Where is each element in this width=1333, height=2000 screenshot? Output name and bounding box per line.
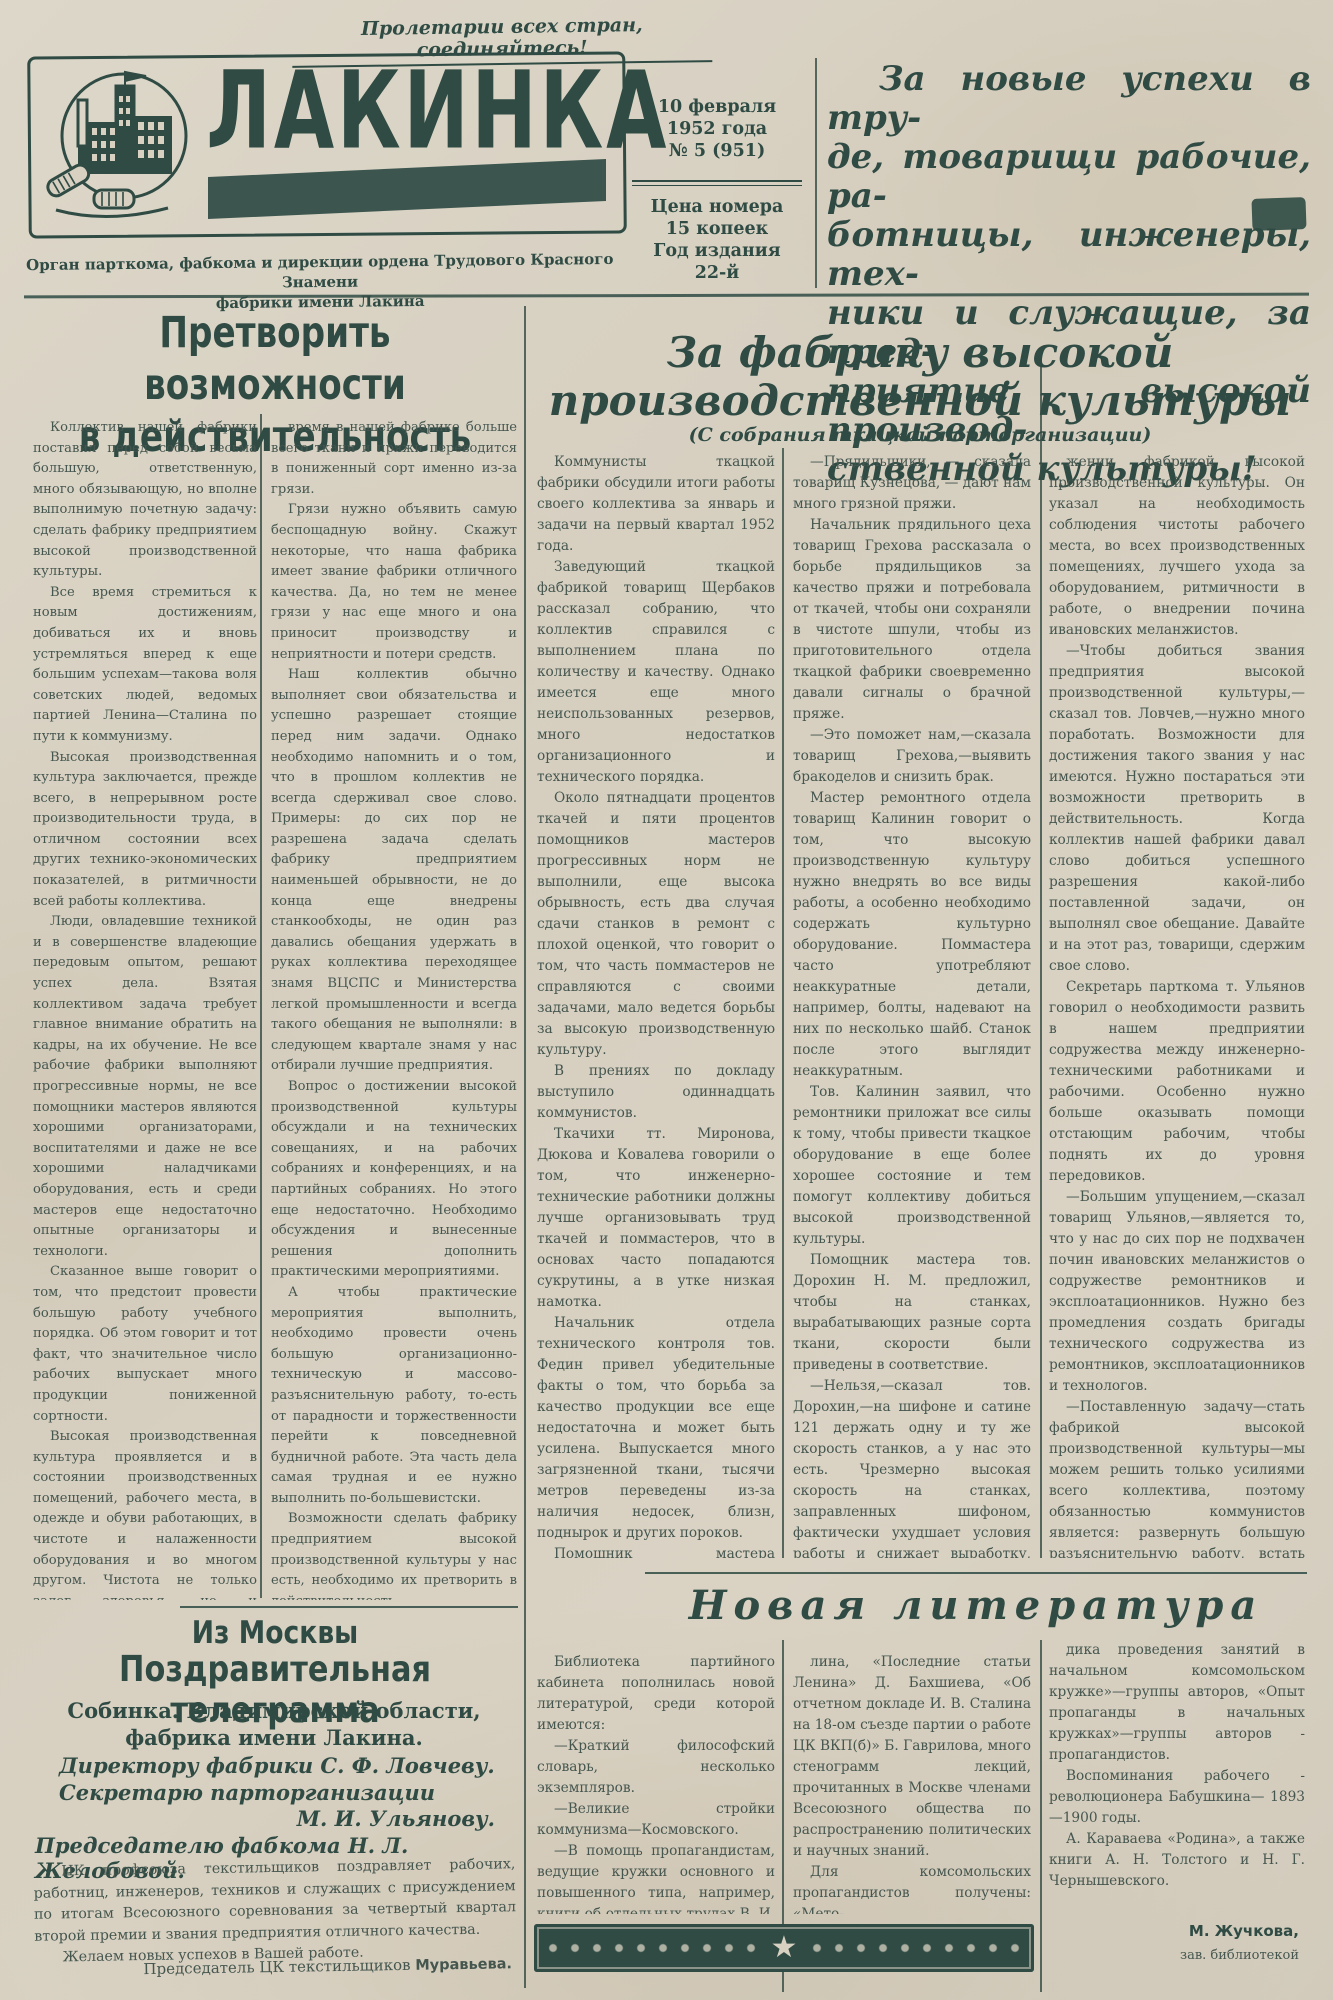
paragraph: Высокая производственная культура проявл… bbox=[33, 1427, 257, 1600]
paragraph: —Чтобы добиться звания предприятия высок… bbox=[1049, 641, 1305, 977]
section-rule-left bbox=[180, 1606, 518, 1608]
paragraph: время в нашей фабрике больше всего ткани… bbox=[271, 418, 517, 500]
issue-date-line1: 10 февраля bbox=[622, 96, 812, 118]
paragraph: —В помощь пропагандистам, ведущие кружки… bbox=[537, 1841, 775, 1914]
telegram-address-line2: фабрика имени Лакина. bbox=[33, 1725, 515, 1750]
meeting-column-1: Коммунисты ткацкой фабрики обсудили итог… bbox=[537, 452, 775, 1558]
paragraph: —Большим упущением,—сказал товарищ Ульян… bbox=[1049, 1187, 1305, 1397]
paragraph: Наш коллектив обычно выполняет свои обяз… bbox=[271, 665, 517, 1077]
star-icon: ★ bbox=[761, 1933, 808, 1963]
paragraph: Начальник отдела технического контроля т… bbox=[537, 1313, 775, 1544]
column-divider bbox=[260, 414, 262, 1598]
section-rule-right bbox=[645, 1572, 1307, 1574]
newspaper-page: Пролетарии всех стран, соединяйтесь! ЛАК… bbox=[0, 0, 1333, 2000]
paragraph: Коммунисты ткацкой фабрики обсудили итог… bbox=[537, 452, 775, 557]
literature-headline: Новая литература bbox=[645, 1582, 1307, 1629]
paragraph: Тов. Калинин заявил, что ремонтники прил… bbox=[793, 1082, 1031, 1250]
newspaper-title: ЛАКИНКА bbox=[206, 59, 597, 166]
paragraph: дика проведения занятий в начальном комс… bbox=[1049, 1640, 1305, 1766]
column-divider bbox=[1040, 356, 1042, 1558]
slogan-end-mark bbox=[1251, 197, 1306, 231]
paragraph: ЦК профсоюза текстильщиков поздравляет р… bbox=[33, 1854, 516, 1948]
paragraph: Около пятнадцати процентов ткачей и пяти… bbox=[537, 788, 775, 1061]
paragraph: А чтобы практические мероприятия выполни… bbox=[271, 1283, 517, 1510]
paragraph: Библиотека партийного кабинета пополнила… bbox=[537, 1652, 775, 1736]
paragraph: Ткачихи тт. Миронова, Дюкова и Ковалева … bbox=[537, 1124, 775, 1313]
issue-number: № 5 (951) bbox=[622, 140, 812, 162]
column-divider bbox=[524, 306, 526, 1988]
edition-value: 22-й bbox=[622, 262, 812, 284]
paragraph: лина, «Последние статьи Ленина» Д. Бахши… bbox=[793, 1652, 1031, 1862]
paragraph: Для комсомольских пропагандистов получен… bbox=[793, 1862, 1031, 1914]
paragraph: За новые успехи в тру- bbox=[827, 60, 1311, 138]
organ-line-1: Орган парткома, фабкома и дирекции орден… bbox=[20, 249, 620, 295]
paragraph: Вопрос о достижении высокой производстве… bbox=[271, 1077, 517, 1283]
paragraph: —Нельзя,—сказал тов. Дорохин,—на шифоне … bbox=[793, 1376, 1031, 1558]
paragraph: Мастер ремонтного отдела товарищ Калинин… bbox=[793, 788, 1031, 1082]
telegram-to-secretary-name: М. И. Ульянову. bbox=[33, 1806, 515, 1831]
meeting-headline-line2: производственной культуры bbox=[540, 376, 1300, 425]
column-divider bbox=[782, 448, 784, 1558]
paragraph: Помощник мастера приготовительного отдел… bbox=[537, 1544, 775, 1558]
decorative-ornament: ★ bbox=[534, 1924, 1034, 1972]
editorial-headline-line1: Претворить возможности bbox=[42, 308, 508, 412]
price-label: Цена номера bbox=[622, 196, 812, 218]
masthead-divider bbox=[815, 58, 817, 288]
paragraph: —Великие стройки коммунизма—Космовского. bbox=[537, 1799, 775, 1841]
telegram-address-line1: Собинка. Владимирской области, bbox=[33, 1698, 515, 1723]
meeting-subtitle: (С собрания ткацкой парторганизации) bbox=[540, 424, 1300, 446]
telegram-to-secretary: Секретарю парторганизации bbox=[33, 1780, 515, 1805]
paragraph: —Краткий философский словарь, несколько … bbox=[537, 1736, 775, 1799]
paragraph: —Прядильщики, — сказала товарищ Кузнецов… bbox=[793, 452, 1031, 515]
meeting-headline-line1: За фабрику высокой bbox=[540, 328, 1300, 377]
meeting-column-3: жении фабрикой высокой производственной … bbox=[1049, 452, 1305, 1558]
literature-column-2: лина, «Последние статьи Ленина» Д. Бахши… bbox=[793, 1652, 1031, 1914]
paragraph: Возможности сделать фабрику предприятием… bbox=[271, 1509, 517, 1600]
telegram-signature-name: Муравьева. bbox=[415, 1956, 512, 1974]
paragraph: В прениях по докладу выступило одиннадца… bbox=[537, 1061, 775, 1124]
paragraph: Высокая производственная культура заключ… bbox=[33, 748, 257, 913]
paragraph: де, товарищи рабочие, ра- bbox=[827, 138, 1311, 216]
paragraph: —Поставленную задачу—стать фабрикой высо… bbox=[1049, 1397, 1305, 1558]
paragraph: Грязи нужно объявить самую беспощадную в… bbox=[271, 500, 517, 665]
paragraph: ботницы, инженеры, тех- bbox=[827, 216, 1311, 294]
issue-separator bbox=[632, 180, 802, 186]
telegram-signature-title: Председатель ЦК текстильщиков bbox=[143, 1956, 410, 1978]
paragraph: Секретарь парткома т. Ульянов говорил о … bbox=[1049, 977, 1305, 1187]
edition-label: Год издания bbox=[622, 240, 812, 262]
paragraph: Коллектив нашей фабрики поставил перед с… bbox=[33, 418, 257, 583]
paragraph: Помощник мастера тов. Дорохин Н. М. пред… bbox=[793, 1250, 1031, 1376]
column-divider bbox=[1040, 1640, 1042, 1992]
paragraph: А. Караваева «Родина», а также книги А. … bbox=[1049, 1829, 1305, 1892]
editorial-column-1: Коллектив нашей фабрики поставил перед с… bbox=[33, 418, 257, 1600]
telegram-to-director: Директору фабрики С. Ф. Ловчеву. bbox=[33, 1753, 515, 1778]
paragraph: Заведующий ткацкой фабрикой товарищ Щерб… bbox=[537, 557, 775, 788]
paragraph: Воспоминания рабочего - революционера Ба… bbox=[1049, 1766, 1305, 1829]
literature-signature-name: М. Жучкова, bbox=[1049, 1922, 1299, 1940]
organ-line: Орган парткома, фабкома и дирекции орден… bbox=[20, 249, 621, 315]
literature-signature-role: зав. библиотекой bbox=[1049, 1948, 1299, 1963]
paragraph: Начальник прядильного цеха товарищ Грехо… bbox=[793, 515, 1031, 725]
moscow-kicker: Из Москвы bbox=[42, 1614, 508, 1651]
literature-column-3: дика проведения занятий в начальном комс… bbox=[1049, 1640, 1305, 1918]
paragraph: Все время стремиться к новым достижениям… bbox=[33, 583, 257, 748]
price-value: 15 копеек bbox=[622, 218, 812, 240]
literature-column-1: Библиотека партийного кабинета пополнила… bbox=[537, 1652, 775, 1914]
paragraph: —Это поможет нам,—сказала товарищ Грехов… bbox=[793, 725, 1031, 788]
paragraph: жении фабрикой высокой производственной … bbox=[1049, 452, 1305, 641]
paragraph: Люди, овладевшие техникой и в совершенст… bbox=[33, 912, 257, 1262]
telegram-body: ЦК профсоюза текстильщиков поздравляет р… bbox=[33, 1854, 517, 1969]
factory-logo-icon bbox=[38, 60, 202, 226]
editorial-column-2: время в нашей фабрике больше всего ткани… bbox=[271, 418, 517, 1600]
meeting-column-2: —Прядильщики, — сказала товарищ Кузнецов… bbox=[793, 452, 1031, 1558]
issue-date-line2: 1952 года bbox=[622, 118, 812, 140]
paragraph: Сказанное выше говорит о том, что предст… bbox=[33, 1262, 257, 1427]
issue-info-block: 10 февраля 1952 года № 5 (951) Цена номе… bbox=[622, 96, 812, 284]
